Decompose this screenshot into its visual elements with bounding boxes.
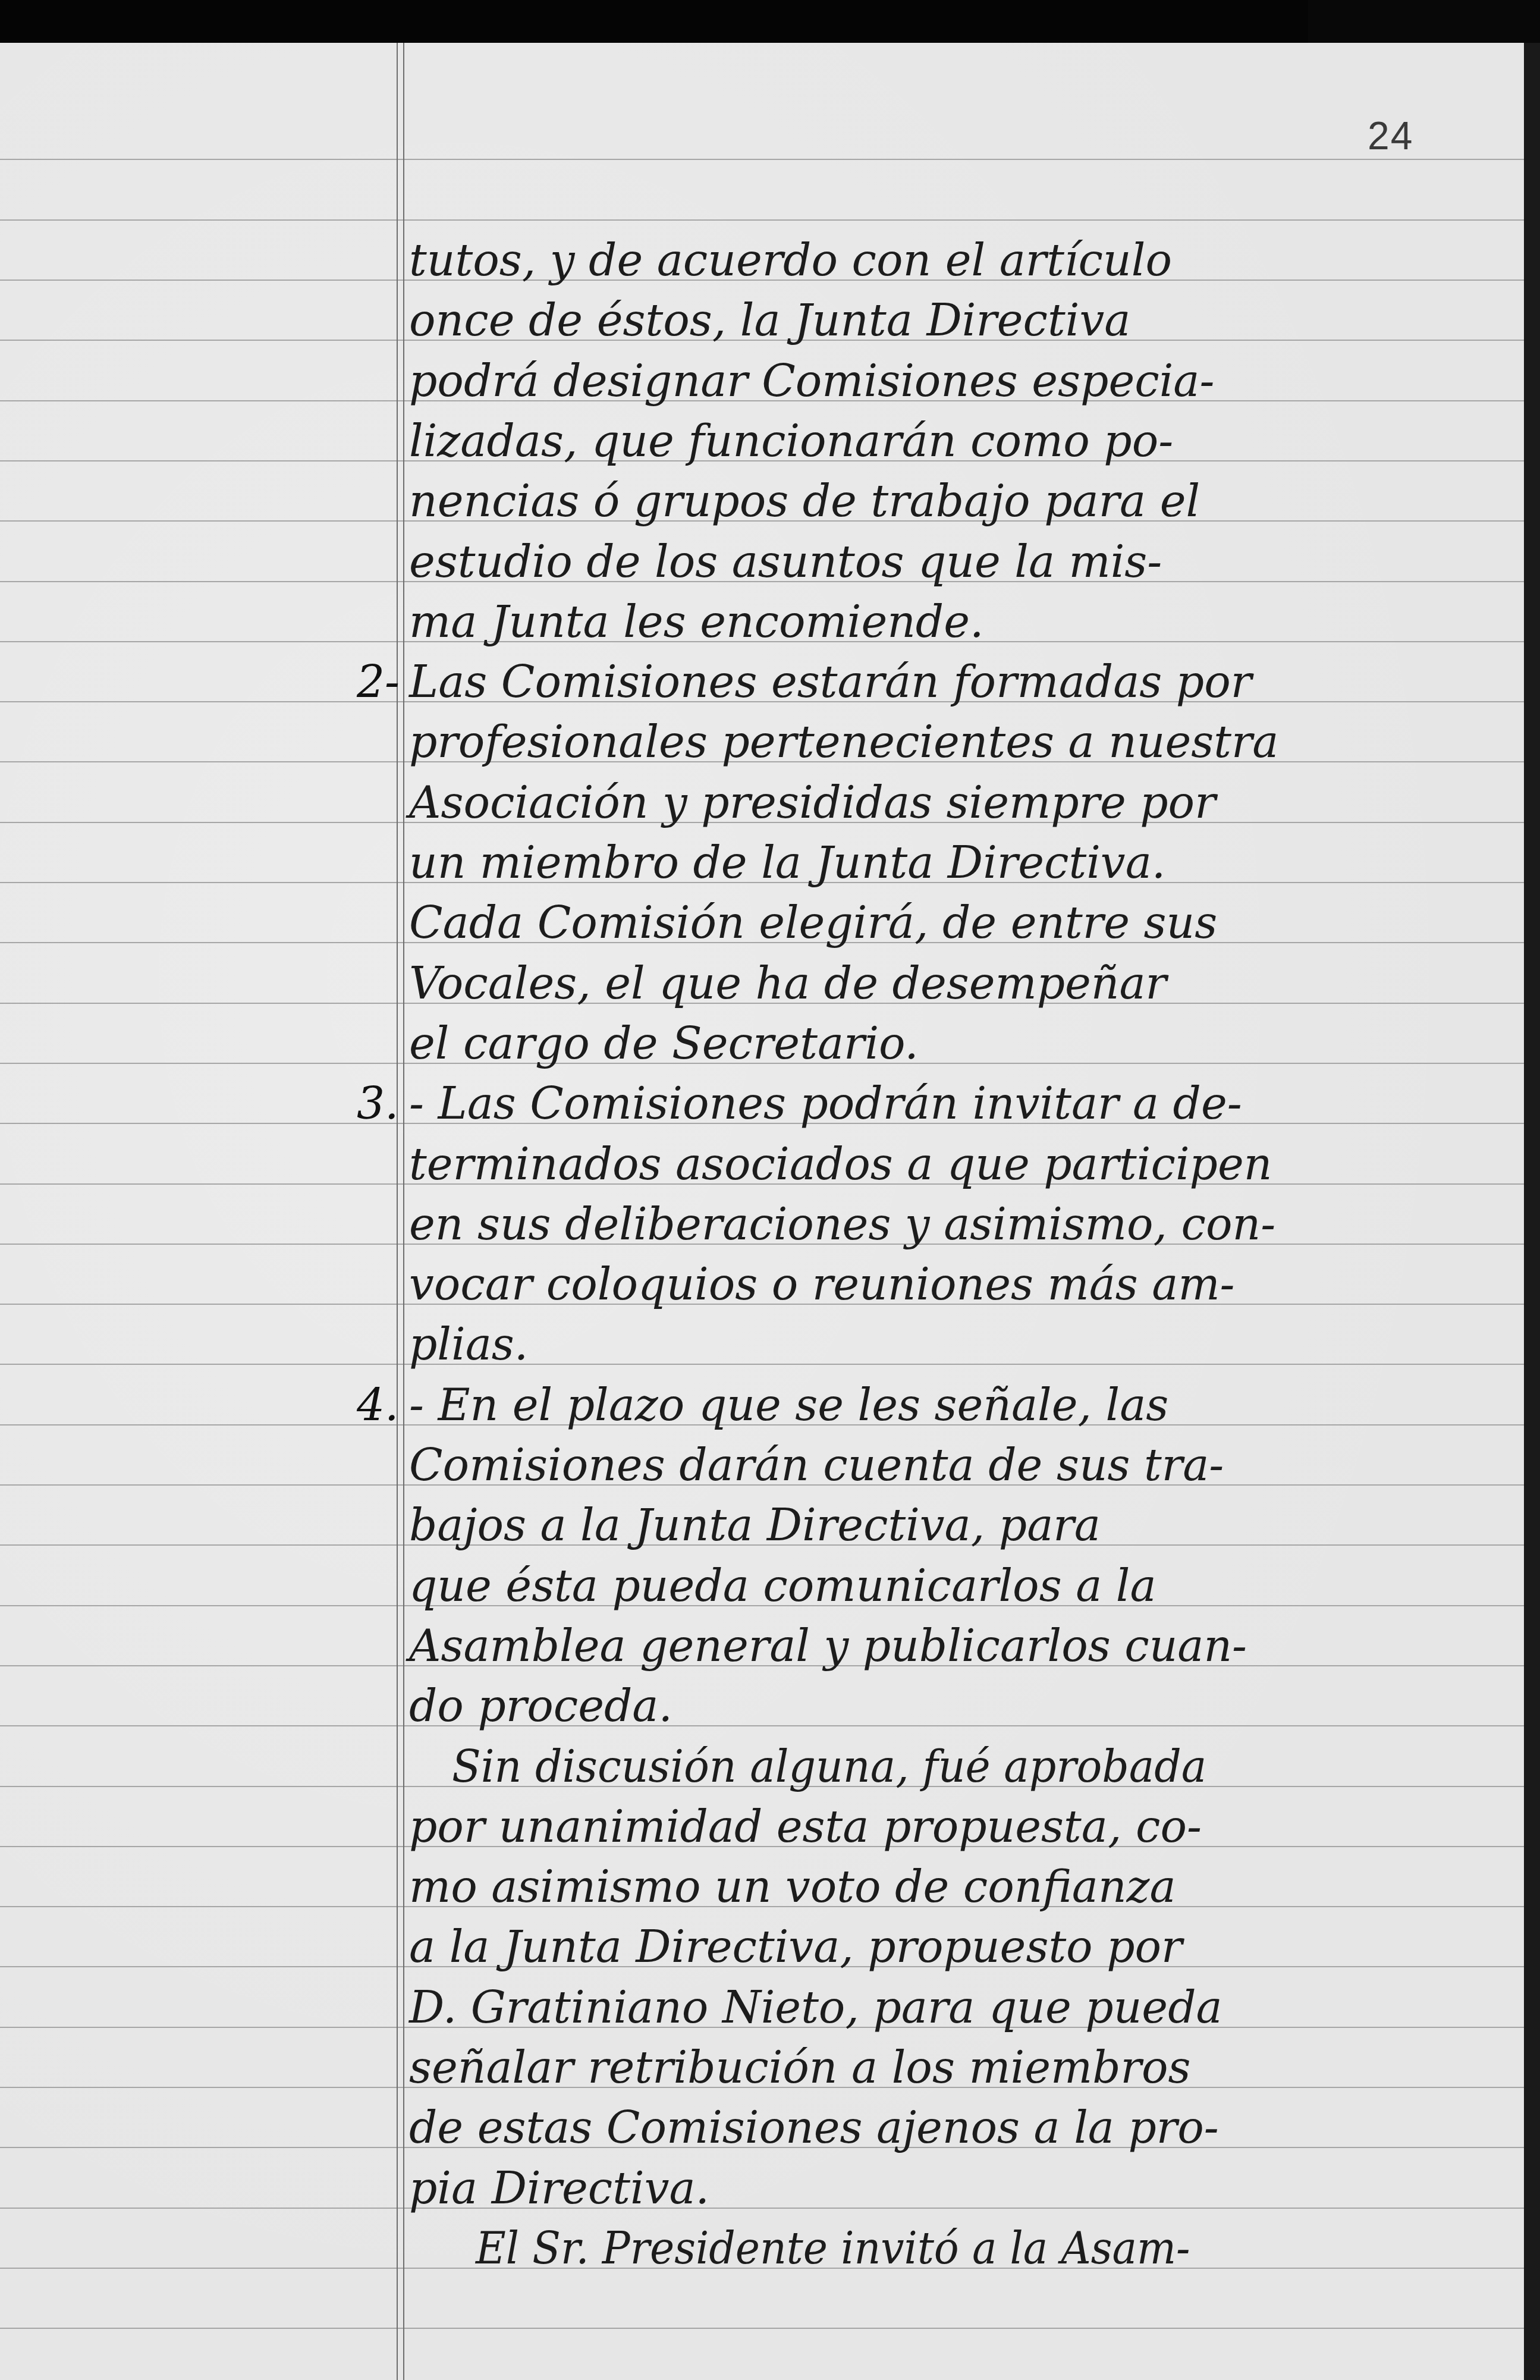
text-line: terminados asociados a que participen bbox=[409, 1136, 1515, 1193]
text-line: en sus deliberaciones y asimismo, con- bbox=[409, 1196, 1515, 1253]
text-line: el cargo de Secretario. bbox=[409, 1015, 1515, 1072]
text-line: - Las Comisiones podrán invitar a de- bbox=[409, 1075, 1515, 1132]
text-line: nencias ó grupos de trabajo para el bbox=[409, 473, 1515, 530]
text-line: - En el plazo que se les señale, las bbox=[409, 1377, 1515, 1434]
item-number: 4. bbox=[357, 1377, 410, 1434]
text-line: pia Directiva. bbox=[409, 2160, 1515, 2217]
rule-line bbox=[0, 159, 1524, 160]
item-number: 3. bbox=[357, 1075, 410, 1132]
text-line: lizadas, que funcionarán como po- bbox=[409, 413, 1515, 470]
text-line: once de éstos, la Junta Directiva bbox=[409, 292, 1515, 349]
text-line: Sin discusión alguna, fué aprobada bbox=[452, 1738, 1516, 1795]
margin-line-outer bbox=[397, 43, 398, 2380]
text-line: podrá designar Comisiones especia- bbox=[409, 353, 1515, 410]
text-line: bajos a la Junta Directiva, para bbox=[409, 1497, 1515, 1554]
text-line: Vocales, el que ha de desempeñar bbox=[409, 955, 1515, 1012]
text-line: Asociación y presididas siempre por bbox=[409, 774, 1515, 831]
text-line: vocar coloquios o reuniones más am- bbox=[409, 1256, 1515, 1313]
text-line: profesionales pertenecientes a nuestra bbox=[409, 714, 1515, 771]
scan-right-border bbox=[1524, 43, 1540, 2380]
text-line: ma Junta les encomiende. bbox=[409, 594, 1515, 651]
item-number: 2- bbox=[357, 654, 410, 711]
text-line: do proceda. bbox=[409, 1678, 1515, 1735]
text-line: plias. bbox=[409, 1316, 1515, 1373]
margin-line-inner bbox=[403, 43, 404, 2380]
text-line: Asamblea general y publicarlos cuan- bbox=[409, 1618, 1515, 1675]
text-line: mo asimismo un voto de confianza bbox=[409, 1858, 1515, 1916]
text-line: D. Gratiniano Nieto, para que pueda bbox=[409, 1979, 1515, 2036]
text-line: de estas Comisiones ajenos a la pro- bbox=[409, 2099, 1515, 2156]
rule-line bbox=[0, 219, 1524, 221]
text-line: Comisiones darán cuenta de sus tra- bbox=[409, 1437, 1515, 1494]
text-line: tutos, y de acuerdo con el artículo bbox=[409, 232, 1515, 289]
rule-line bbox=[0, 2328, 1524, 2329]
text-line: Cada Comisión elegirá, de entre sus bbox=[409, 894, 1515, 952]
text-line: por unanimidad esta propuesta, co- bbox=[409, 1798, 1515, 1855]
page-number: 24 bbox=[1368, 113, 1413, 158]
text-line: a la Junta Directiva, propuesto por bbox=[409, 1919, 1515, 1976]
text-line: señalar retribución a los miembros bbox=[409, 2039, 1515, 2096]
text-line: El Sr. Presidente invitó a la Asam- bbox=[476, 2220, 1516, 2277]
text-line: Las Comisiones estarán formadas por bbox=[409, 654, 1515, 711]
text-line: un miembro de la Junta Directiva. bbox=[409, 834, 1515, 891]
text-line: que ésta pueda comunicarlos a la bbox=[409, 1558, 1515, 1615]
text-line: estudio de los asuntos que la mis- bbox=[409, 533, 1515, 591]
